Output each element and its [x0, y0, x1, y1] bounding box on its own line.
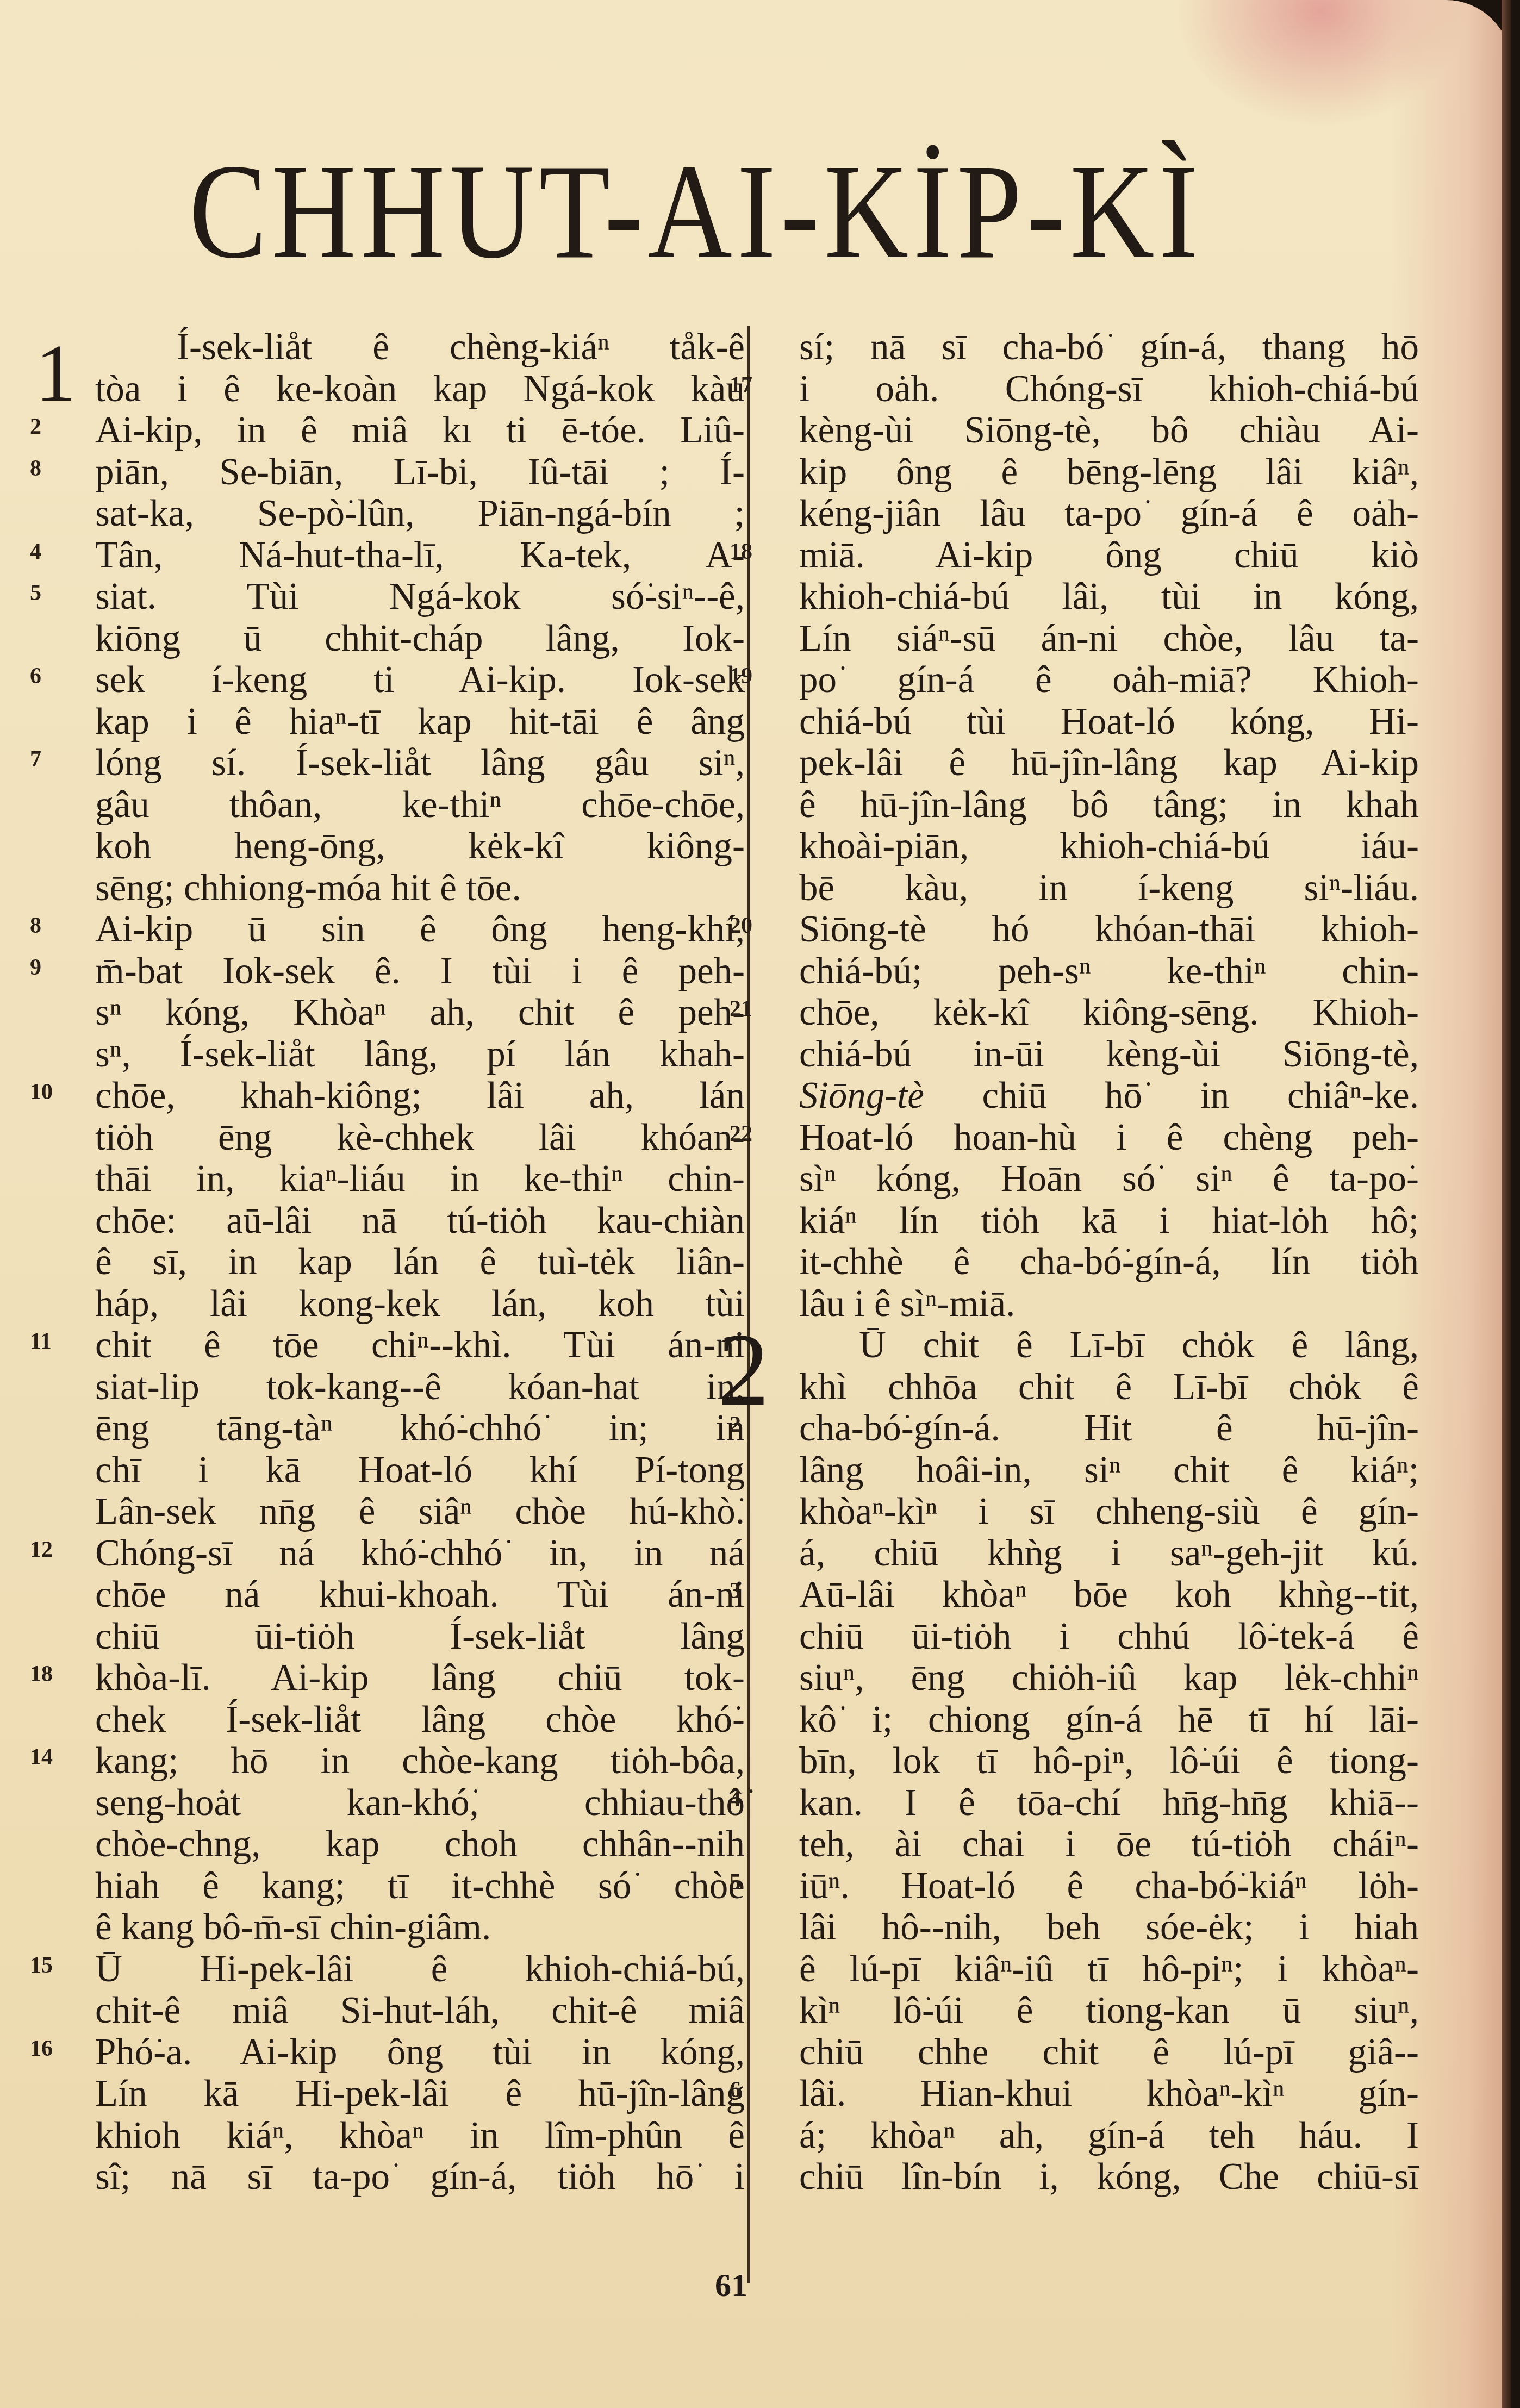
- chapter-number: 1: [35, 333, 76, 414]
- text-line: lâi hô--nih, beh sóe-ėk; i hiah: [799, 1906, 1419, 1948]
- text-line: lâu i ê sìⁿ-miā.: [799, 1283, 1419, 1325]
- line-text: háp, lâi kong-kek lán, koh tùi: [95, 1283, 745, 1324]
- text-line: bē kàu, in í-keng siⁿ-liáu.: [799, 867, 1419, 909]
- text-line: kiáⁿ lín tiȯh kā i hiat-lȯh hô;: [799, 1200, 1419, 1242]
- text-line: khòaⁿ-kìⁿ i sī chheng-siù ê gín-: [799, 1490, 1419, 1532]
- text-line: á; khòaⁿ ah, gín-á teh háu. I: [799, 2114, 1419, 2156]
- line-text: ê hū-jîn-lâng bô tâng; in khah: [799, 784, 1419, 825]
- text-line: chòe-chng, kap choh chhân--nih: [95, 1823, 745, 1865]
- line-text: lâng hoâi-in, siⁿ chit ê kiáⁿ;: [799, 1449, 1419, 1490]
- text-line: sat-ka, Se-pò͘-lûn, Piān-ngá-bín ;: [95, 492, 745, 534]
- line-text: pek-lâi ê hū-jîn-lâng kap Ai-kip: [799, 742, 1419, 783]
- text-line: chiū chhe chit ê lú-pī giâ--: [799, 2031, 1419, 2073]
- text-line: 8piān, Se-biān, Lī-bi, Iû-tāi ; Í-: [95, 451, 745, 493]
- line-text: khì chhōa chit ê Lī-bī chȯk ê: [799, 1366, 1419, 1407]
- text-line: chōe ná khui-khoah. Tùi án-ni: [95, 1574, 745, 1615]
- line-text: bē kàu, in í-keng siⁿ-liáu.: [799, 867, 1419, 908]
- line-text: thāi in, kiaⁿ-liáu in ke-thiⁿ chin-: [95, 1158, 745, 1199]
- verse-number: 15: [30, 1949, 84, 1982]
- line-text: khòaⁿ-kìⁿ i sī chheng-siù ê gín-: [799, 1490, 1419, 1532]
- text-line: kiōng ū chhit-cháp lâng, Iok-: [95, 617, 745, 659]
- left-text-column: Í-sek-liåt ê chèng-kiáⁿ tåk-ê1tòa i ê ke…: [95, 326, 745, 2198]
- line-text: kéng-jiân lâu ta-po͘ gín-á ê oȧh-: [799, 492, 1419, 534]
- verse-number: 5: [30, 577, 84, 609]
- verse-number: 10: [30, 1076, 84, 1108]
- chapter-number: 2: [718, 1319, 769, 1422]
- line-text: Hoat-ló hoan-hù i ê chèng peh-: [799, 1116, 1419, 1158]
- text-line: chiá-bú tùi Hoat-ló kóng, Hi-: [799, 701, 1419, 743]
- line-text: ê kang bô-m̄-sī chin-giâm.: [95, 1906, 491, 1948]
- text-line: teh, ài chai i ōe tú-tiȯh cháiⁿ-: [799, 1823, 1419, 1865]
- verse-number: 18: [30, 1658, 84, 1690]
- line-text: ê lú-pī kiâⁿ-iû tī hô-piⁿ; i khòaⁿ-: [799, 1948, 1419, 1989]
- line-text: kiáⁿ lín tiȯh kā i hiat-lȯh hô;: [799, 1200, 1419, 1241]
- text-line: 11chit ê tōe chiⁿ--khì. Tùi án-ni: [95, 1324, 745, 1366]
- text-line: ê kang bô-m̄-sī chin-giâm.: [95, 1906, 745, 1948]
- text-line: 6sek í-keng ti Ai-kip. Iok-sek: [95, 659, 745, 701]
- text-line: 15Ū Hi-pek-lâi ê khioh-chiá-bú,: [95, 1948, 745, 1990]
- text-line: kô͘ i; chiong gín-á hē tī hí lāi-: [799, 1699, 1419, 1741]
- text-line: chit-ê miâ Si-hut-láh, chit-ê miâ: [95, 1989, 745, 2031]
- text-line: ê sī, in kap lán ê tuì-tėk liân-: [95, 1241, 745, 1283]
- line-text: á; khòaⁿ ah, gín-á teh háu. I: [799, 2114, 1419, 2156]
- line-text: Í-sek-liåt ê chèng-kiáⁿ tåk-ê: [177, 326, 745, 367]
- line-text: gâu thôan, ke-thiⁿ chōe-chōe,: [95, 784, 745, 825]
- text-line: tiȯh ēng kè-chhek lâi khóan-: [95, 1116, 745, 1158]
- verse-number: 8: [30, 909, 84, 942]
- text-line: 6lâi. Hian-khui khòaⁿ-kìⁿ gín-: [799, 2073, 1419, 2114]
- text-line: 18miā. Ai-kip ông chiū kiò: [799, 534, 1419, 576]
- text-line: 2Ai-kip, in ê miâ kı ti ē-tóe. Liû-: [95, 409, 745, 451]
- text-line: pek-lâi ê hū-jîn-lâng kap Ai-kip: [799, 742, 1419, 784]
- line-text: sⁿ kóng, Khòaⁿ ah, chit ê peh-: [95, 991, 745, 1033]
- text-line: khioh kiáⁿ, khòaⁿ in lîm-phûn ê: [95, 2114, 745, 2156]
- line-text: po͘ gín-á ê oȧh-miā? Khioh-: [799, 659, 1419, 700]
- line-text: kap i ê hiaⁿ-tī kap hit-tāi ê âng: [95, 701, 745, 742]
- line-text: khoài-piān, khioh-chiá-bú iáu-: [799, 825, 1419, 866]
- text-line: khoài-piān, khioh-chiá-bú iáu-: [799, 825, 1419, 867]
- line-text: Ai-kip ū sin ê ông heng-khí,: [95, 908, 745, 950]
- text-line: sî; nā sī ta-po͘ gín-á, tiȯh hō͘ i: [95, 2156, 745, 2198]
- line-text: chī i kā Hoat-ló khí Pí-tong: [95, 1449, 745, 1490]
- line-text: kìⁿ lô͘-úi ê tiong-kan ū siuⁿ,: [799, 1989, 1419, 2031]
- text-line: 17i oȧh. Chóng-sī khioh-chiá-bú: [799, 368, 1419, 410]
- verse-number: 22: [730, 1118, 784, 1150]
- text-line: kap i ê hiaⁿ-tī kap hit-tāi ê âng: [95, 701, 745, 743]
- line-text: siat. Tùi Ngá-kok só͘-siⁿ--ê,: [95, 576, 745, 617]
- verse-number: 5: [730, 1866, 784, 1899]
- text-line: Í-sek-liåt ê chèng-kiáⁿ tåk-ê1: [95, 326, 745, 368]
- line-text: Aū-lâi khòaⁿ bōe koh khǹg--tit,: [799, 1574, 1419, 1615]
- line-text: hiah ê kang; tī it-chhè só͘ chòe: [95, 1865, 745, 1906]
- text-line: sìⁿ kóng, Hoān só͘ siⁿ ê ta-po͘-: [799, 1158, 1419, 1200]
- verse-number: 8: [30, 452, 84, 485]
- verse-number: 6: [30, 660, 84, 693]
- text-line: 5siat. Tùi Ngá-kok só͘-siⁿ--ê,: [95, 576, 745, 617]
- text-line: 9m̄-bat Iok-sek ê. I tùi i ê peh-: [95, 950, 745, 992]
- text-line: siuⁿ, ēng chiȯh-iû kap lėk-chhiⁿ: [799, 1657, 1419, 1699]
- line-text: Lín kā Hi-pek-lâi ê hū-jîn-lâng: [95, 2073, 745, 2114]
- text-line: kèng-ùi Siōng-tè, bô chiàu Ai-: [799, 409, 1419, 451]
- line-text: kan. I ê tōa-chí hn̄g-hn̄g khiā--: [799, 1782, 1419, 1823]
- text-line: tòa i ê ke-koàn kap Ngá-kok kàu: [95, 368, 745, 410]
- line-text: ê sī, in kap lán ê tuì-tėk liân-: [95, 1241, 745, 1282]
- line-text: chek Í-sek-liåt lâng chòe khó͘-: [95, 1699, 745, 1740]
- line-text: khioh kiáⁿ, khòaⁿ in lîm-phûn ê: [95, 2114, 745, 2156]
- verse-number: 20: [730, 909, 784, 942]
- line-text: Siōng-tè chiū hō͘ in chiâⁿ-ke.: [799, 1075, 1419, 1116]
- line-text: chōe: aū-lâi nā tú-tiȯh kau-chiàn: [95, 1200, 745, 1241]
- line-text: Ai-kip, in ê miâ kı ti ē-tóe. Liû-: [95, 409, 745, 451]
- text-line: 5iūⁿ. Hoat-ló ê cha-bó͘-kiáⁿ lȯh-: [799, 1865, 1419, 1907]
- line-text: piān, Se-biān, Lī-bi, Iû-tāi ; Í-: [95, 451, 745, 492]
- text-line: thāi in, kiaⁿ-liáu in ke-thiⁿ chin-: [95, 1158, 745, 1200]
- line-text: it-chhè ê cha-bó͘-gín-á, lín tiȯh: [799, 1241, 1419, 1282]
- line-text: bīn, lok tī hô-piⁿ, lô͘-úi ê tiong-: [799, 1740, 1419, 1781]
- line-text: sek í-keng ti Ai-kip. Iok-sek: [95, 659, 745, 700]
- page-edge: [1502, 0, 1511, 2408]
- line-text: sí; nā sī cha-bó͘ gín-á, thang hō: [799, 326, 1419, 367]
- verse-number: 14: [30, 1741, 84, 1774]
- column-divider: [747, 326, 750, 2283]
- line-text: chōe, kėk-kî kiông-sēng. Khioh-: [799, 991, 1419, 1033]
- line-text: sⁿ, Í-sek-liåt lâng, pí lán khah-: [95, 1033, 745, 1075]
- line-text: chōe ná khui-khoah. Tùi án-ni: [95, 1574, 745, 1615]
- text-line: 16Phó͘-a. Ai-kip ông tùi in kóng,: [95, 2031, 745, 2073]
- page-number: 61: [715, 2267, 747, 2304]
- line-text: khioh-chiá-bú lâi, tùi in kóng,: [799, 576, 1419, 617]
- text-line: seng-hoȧt kan-khó͘, chhiau-thô͘: [95, 1782, 745, 1824]
- line-text: chit-ê miâ Si-hut-láh, chit-ê miâ: [95, 1989, 745, 2031]
- line-text: Tân, Ná-hut-tha-lī, Ka-tek, A-: [95, 534, 745, 576]
- text-line: 20Siōng-tè hó khóan-thāi khioh-: [799, 908, 1419, 950]
- line-text: sēng; chhiong-móa hit ê tōe.: [95, 867, 521, 908]
- text-line: siat-lip tok-kang--ê kóan-hat in,: [95, 1366, 745, 1408]
- text-line: chek Í-sek-liåt lâng chòe khó͘-: [95, 1699, 745, 1741]
- line-text: kèng-ùi Siōng-tè, bô chiàu Ai-: [799, 409, 1419, 451]
- text-line: ê hū-jîn-lâng bô tâng; in khah: [799, 784, 1419, 826]
- text-line: chiū lîn-bín i, kóng, Che chiū-sī: [799, 2156, 1419, 2198]
- line-text: ēng tāng-tàⁿ khó͘-chhó͘ in; in: [95, 1407, 745, 1449]
- line-text: chiū ūi-tiȯh i chhú lô͘-tek-á ê: [799, 1615, 1419, 1657]
- line-text: chiá-bú; peh-sⁿ ke-thiⁿ chin-: [799, 950, 1419, 991]
- text-line: Lín siáⁿ-sū án-ni chòe, lâu ta-: [799, 617, 1419, 659]
- text-line: it-chhè ê cha-bó͘-gín-á, lín tiȯh: [799, 1241, 1419, 1283]
- text-line: chiū ūi-tiȯh Í-sek-liåt lâng: [95, 1615, 745, 1657]
- line-text: Ū Hi-pek-lâi ê khioh-chiá-bú,: [95, 1948, 745, 1989]
- text-line: háp, lâi kong-kek lán, koh tùi: [95, 1283, 745, 1325]
- text-line: gâu thôan, ke-thiⁿ chōe-chōe,: [95, 784, 745, 826]
- verse-number: 12: [30, 1533, 84, 1566]
- line-text: siat-lip tok-kang--ê kóan-hat in,: [95, 1366, 745, 1407]
- line-text: koh heng-ōng, kėk-kî kiông-: [95, 825, 745, 866]
- verse-number: 17: [730, 369, 784, 402]
- verse-number: 3: [730, 1575, 784, 1607]
- text-line: 2Ū chit ê Lī-bī chȯk ê lâng,: [799, 1324, 1419, 1366]
- text-line: 4kan. I ê tōa-chí hn̄g-hn̄g khiā--: [799, 1782, 1419, 1824]
- text-line: 3Aū-lâi khòaⁿ bōe koh khǹg--tit,: [799, 1574, 1419, 1615]
- line-text: chiá-bú in-ūi kèng-ùi Siōng-tè,: [799, 1033, 1419, 1075]
- line-text: lâi. Hian-khui khòaⁿ-kìⁿ gín-: [799, 2073, 1419, 2114]
- line-text: Siōng-tè hó khóan-thāi khioh-: [799, 908, 1419, 950]
- text-line: Lân-sek nn̄g ê siâⁿ chòe hú-khò͘.: [95, 1490, 745, 1532]
- line-text: chòe-chng, kap choh chhân--nih: [95, 1823, 745, 1864]
- text-line: khioh-chiá-bú lâi, tùi in kóng,: [799, 576, 1419, 617]
- verse-number: 4: [730, 1783, 784, 1816]
- verse-number: 4: [30, 535, 84, 568]
- text-line: chiá-bú in-ūi kèng-ùi Siōng-tè,: [799, 1033, 1419, 1075]
- line-text: Lân-sek nn̄g ê siâⁿ chòe hú-khò͘.: [95, 1490, 745, 1532]
- verse-number: 2: [30, 410, 84, 443]
- text-line: ê lú-pī kiâⁿ-iû tī hô-piⁿ; i khòaⁿ-: [799, 1948, 1419, 1990]
- line-text: Ū chit ê Lī-bī chȯk ê lâng,: [859, 1324, 1419, 1365]
- line-text: á, chiū khǹg i saⁿ-geh-jit kú.: [799, 1532, 1419, 1574]
- line-text: Chóng-sī ná khó͘-chhó͘ in, in ná: [95, 1532, 745, 1574]
- line-text: chiá-bú tùi Hoat-ló kóng, Hi-: [799, 701, 1419, 742]
- line-text: chōe, khah-kiông; lâi ah, lán: [95, 1075, 745, 1116]
- right-text-column: sí; nā sī cha-bó͘ gín-á, thang hō17i oȧh…: [799, 326, 1419, 2198]
- line-text: lâu i ê sìⁿ-miā.: [799, 1283, 1015, 1324]
- verse-number: 7: [30, 743, 84, 776]
- line-text: lâi hô--nih, beh sóe-ėk; i hiah: [799, 1906, 1419, 1948]
- verse-number: 18: [730, 535, 784, 568]
- text-line: kip ông ê bēng-lēng lâi kiâⁿ,: [799, 451, 1419, 493]
- line-text: kip ông ê bēng-lēng lâi kiâⁿ,: [799, 451, 1419, 492]
- line-text: m̄-bat Iok-sek ê. I tùi i ê peh-: [95, 950, 745, 991]
- text-line: hiah ê kang; tī it-chhè só͘ chòe: [95, 1865, 745, 1907]
- line-text: cha-bó͘-gín-á. Hit ê hū-jîn-: [799, 1407, 1419, 1449]
- text-line: khì chhōa chit ê Lī-bī chȯk ê: [799, 1366, 1419, 1408]
- text-line: 18khòa-lī. Ai-kip lâng chiū tok-: [95, 1657, 745, 1699]
- line-text: chiū chhe chit ê lú-pī giâ--: [799, 2031, 1419, 2073]
- text-line: 2cha-bó͘-gín-á. Hit ê hū-jîn-: [799, 1407, 1419, 1449]
- verse-number: 9: [30, 951, 84, 984]
- verse-number: 11: [30, 1325, 84, 1358]
- book-page: CHHUT-AI-KİP-KÌ Í-sek-liåt ê chèng-kiáⁿ …: [0, 0, 1511, 2408]
- verse-number: 2: [730, 1408, 784, 1441]
- italic-word: Siōng-tè: [799, 1075, 924, 1116]
- text-line: ēng tāng-tàⁿ khó͘-chhó͘ in; in: [95, 1407, 745, 1449]
- line-text: seng-hoȧt kan-khó͘, chhiau-thô͘: [95, 1782, 745, 1823]
- line-text: tòa i ê ke-koàn kap Ngá-kok kàu: [95, 368, 745, 409]
- text-line: Siōng-tè chiū hō͘ in chiâⁿ-ke.: [799, 1075, 1419, 1116]
- line-text: Lín siáⁿ-sū án-ni chòe, lâu ta-: [799, 617, 1419, 659]
- line-text: chit ê tōe chiⁿ--khì. Tùi án-ni: [95, 1324, 745, 1365]
- line-text: chiū ūi-tiȯh Í-sek-liåt lâng: [95, 1615, 745, 1657]
- text-line: 7lóng sí. Í-sek-liåt lâng gâu siⁿ,: [95, 742, 745, 784]
- text-line: lâng hoâi-in, siⁿ chit ê kiáⁿ;: [799, 1449, 1419, 1491]
- text-line: sⁿ kóng, Khòaⁿ ah, chit ê peh-: [95, 991, 745, 1033]
- line-text: miā. Ai-kip ông chiū kiò: [799, 534, 1419, 576]
- text-line: sⁿ, Í-sek-liåt lâng, pí lán khah-: [95, 1033, 745, 1075]
- line-text: chiū lîn-bín i, kóng, Che chiū-sī: [799, 2156, 1419, 2197]
- line-text: sat-ka, Se-pò͘-lûn, Piān-ngá-bín ;: [95, 492, 745, 534]
- verse-number: 6: [730, 2074, 784, 2106]
- text-line: koh heng-ōng, kėk-kî kiông-: [95, 825, 745, 867]
- text-line: bīn, lok tī hô-piⁿ, lô͘-úi ê tiong-: [799, 1740, 1419, 1782]
- line-text: kang; hō in chòe-kang tiȯh-bôa,: [95, 1740, 745, 1781]
- text-line: Lín kā Hi-pek-lâi ê hū-jîn-lâng: [95, 2073, 745, 2114]
- text-line: 21chōe, kėk-kî kiông-sēng. Khioh-: [799, 991, 1419, 1033]
- text-line: á, chiū khǹg i saⁿ-geh-jit kú.: [799, 1532, 1419, 1574]
- verse-number: 21: [730, 993, 784, 1025]
- line-text: kô͘ i; chiong gín-á hē tī hí lāi-: [799, 1699, 1419, 1740]
- text-line: kéng-jiân lâu ta-po͘ gín-á ê oȧh-: [799, 492, 1419, 534]
- line-text: i oȧh. Chóng-sī khioh-chiá-bú: [799, 368, 1419, 409]
- line-text: lóng sí. Í-sek-liåt lâng gâu siⁿ,: [95, 742, 745, 783]
- text-line: sí; nā sī cha-bó͘ gín-á, thang hō: [799, 326, 1419, 368]
- text-line: sēng; chhiong-móa hit ê tōe.: [95, 867, 745, 909]
- line-text: tiȯh ēng kè-chhek lâi khóan-: [95, 1116, 745, 1158]
- text-line: 19po͘ gín-á ê oȧh-miā? Khioh-: [799, 659, 1419, 701]
- line-text: sî; nā sī ta-po͘ gín-á, tiȯh hō͘ i: [95, 2156, 745, 2197]
- line-text: siuⁿ, ēng chiȯh-iû kap lėk-chhiⁿ: [799, 1657, 1419, 1698]
- text-line: 10chōe, khah-kiông; lâi ah, lán: [95, 1075, 745, 1116]
- verse-number: 19: [730, 660, 784, 693]
- line-text: Phó͘-a. Ai-kip ông tùi in kóng,: [95, 2031, 745, 2073]
- line-text: iūⁿ. Hoat-ló ê cha-bó͘-kiáⁿ lȯh-: [799, 1865, 1419, 1906]
- line-text: teh, ài chai i ōe tú-tiȯh cháiⁿ-: [799, 1823, 1419, 1864]
- text-line: 12Chóng-sī ná khó͘-chhó͘ in, in ná: [95, 1532, 745, 1574]
- text-line: chōe: aū-lâi nā tú-tiȯh kau-chiàn: [95, 1200, 745, 1242]
- text-line: 8Ai-kip ū sin ê ông heng-khí,: [95, 908, 745, 950]
- line-text: khòa-lī. Ai-kip lâng chiū tok-: [95, 1657, 745, 1698]
- text-line: chiū ūi-tiȯh i chhú lô͘-tek-á ê: [799, 1615, 1419, 1657]
- book-title: CHHUT-AI-KİP-KÌ: [97, 144, 1294, 280]
- text-line: 22Hoat-ló hoan-hù i ê chèng peh-: [799, 1116, 1419, 1158]
- text-line: 14kang; hō in chòe-kang tiȯh-bôa,: [95, 1740, 745, 1782]
- verse-number: 16: [30, 2032, 84, 2065]
- text-line: chiá-bú; peh-sⁿ ke-thiⁿ chin-: [799, 950, 1419, 992]
- text-line: 4Tân, Ná-hut-tha-lī, Ka-tek, A-: [95, 534, 745, 576]
- text-line: chī i kā Hoat-ló khí Pí-tong: [95, 1449, 745, 1491]
- line-text: sìⁿ kóng, Hoān só͘ siⁿ ê ta-po͘-: [799, 1158, 1419, 1199]
- text-line: kìⁿ lô͘-úi ê tiong-kan ū siuⁿ,: [799, 1989, 1419, 2031]
- line-text: kiōng ū chhit-cháp lâng, Iok-: [95, 617, 745, 659]
